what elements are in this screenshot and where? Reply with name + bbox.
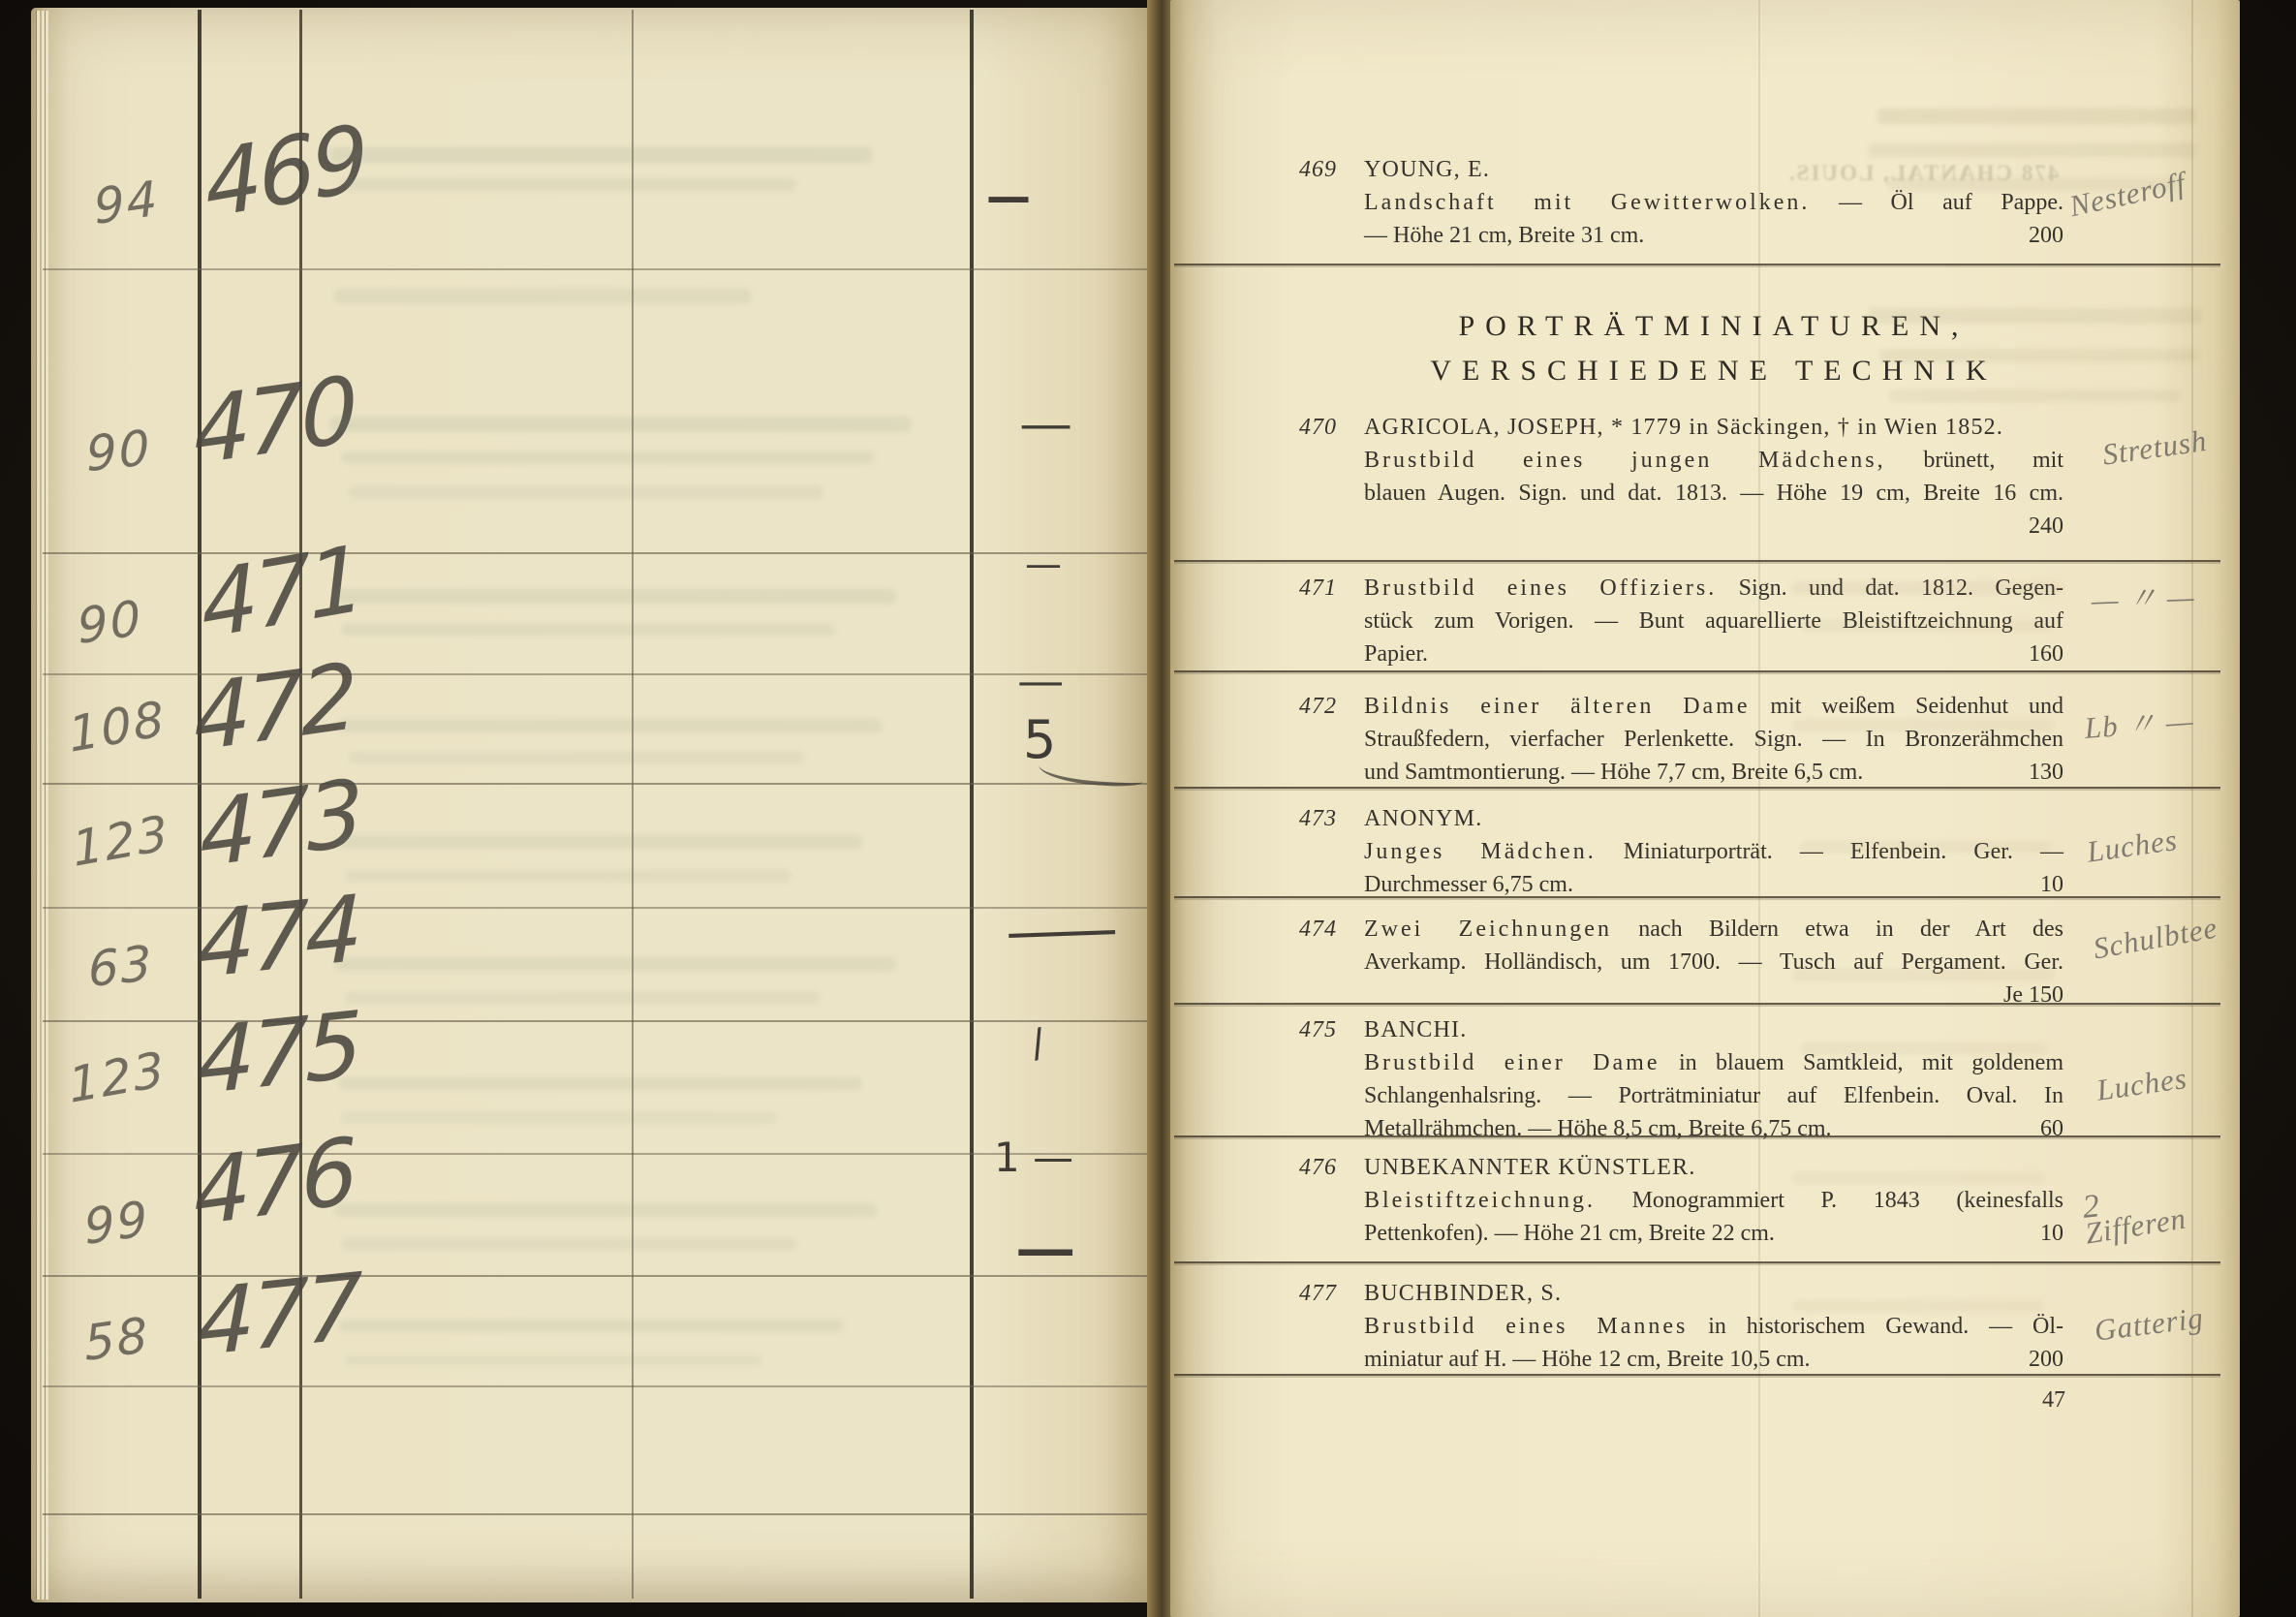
margin-annotation: — 〃 — (2091, 572, 2195, 619)
ghost-smudge (1800, 1042, 2047, 1054)
catalog-entry: 470AGRICOLA, JOSEPH, * 1779 in Säckingen… (1364, 411, 2063, 543)
lot-number: 477 (198, 1254, 359, 1377)
ghost-smudge (1887, 178, 2178, 191)
entry-text: blauen Augen. Sign. und dat. 1813. — Höh… (1364, 481, 2063, 506)
entry-text-line: Metallrähmchen. — Höhe 8,5 cm, Breite 6,… (1364, 1112, 2063, 1145)
ghost-smudge (339, 719, 882, 732)
tally-mark: — (1017, 657, 1064, 706)
entry-text-line: Zwei Zeichnungen nach Bildern etwa in de… (1364, 913, 2063, 946)
entry-price-line: 240 (1364, 510, 2063, 543)
ghost-smudge (349, 486, 823, 499)
stock-number: 58 (82, 1307, 151, 1372)
entry-text: miniatur auf H. — Höhe 12 cm, Breite 10,… (1364, 1347, 1811, 1372)
lot-number: 472 (192, 644, 357, 773)
ghost-smudge (341, 1238, 796, 1250)
lot-number: 474 (198, 876, 359, 999)
ghost-smudge (341, 1112, 777, 1124)
entry-price-line: Je 150 (1364, 979, 2063, 1011)
entry-text: — Öl auf Pappe. (1810, 190, 2063, 215)
entry-text-line: Papier.160 (1364, 637, 2063, 670)
ghost-smudge (1879, 349, 2199, 362)
ghost-smudge (1877, 109, 2197, 124)
ghost-smudge (345, 1354, 761, 1366)
entry-number: 476 (1267, 1151, 1337, 1184)
entry-price: 160 (2017, 637, 2063, 670)
entry-text: nach Bildern etwa in der Art des (1612, 917, 2063, 942)
ghost-smudge (329, 147, 872, 163)
catalog-entry: 476UNBEKANNTER KÜNSTLER.Bleistiftzeichnu… (1364, 1151, 2063, 1250)
entry-price: 200 (2017, 219, 2063, 252)
entry-price: 240 (2017, 513, 2063, 539)
ghost-smudge (334, 289, 751, 303)
stock-number: 94 (92, 171, 161, 235)
entry-text-line: Pettenkofen). — Höhe 21 cm, Breite 22 cm… (1364, 1217, 2063, 1250)
ghost-smudge (1792, 581, 2063, 595)
ghost-smudge (1792, 1172, 2044, 1184)
ledger-hline (43, 1385, 1147, 1387)
entry-text-line: Brustbild eines jungen Mädchens, brünett… (1364, 444, 2063, 477)
title-spaced-text: Brustbild einer Dame (1364, 1050, 1660, 1075)
catalog-entry: 472Bildnis einer älteren Dame mit weißem… (1364, 690, 2063, 789)
entry-text-line: miniatur auf H. — Höhe 12 cm, Breite 10,… (1364, 1343, 2063, 1376)
ghost-smudge (339, 1077, 862, 1090)
artist-name: ANONYM. (1364, 802, 2063, 835)
lot-number: 473 (198, 761, 362, 889)
title-spaced-text: Brustbild eines Offiziers. (1364, 575, 1717, 601)
ghost-smudge (339, 835, 862, 849)
entry-text: brünett, mit (1886, 448, 2063, 473)
tally-mark: — (1002, 895, 1122, 965)
auction-catalog-scan: PORTRÄTMINIATUREN, VERSCHIEDENE TECHNIK … (0, 0, 2296, 1617)
title-spaced-text: Brustbild eines Mannes (1364, 1314, 1688, 1339)
title-spaced-text: Zwei Zeichnungen (1364, 917, 1612, 942)
entry-text: und Samtmontierung. — Höhe 7,7 cm, Breit… (1364, 760, 1863, 785)
catalog-entry: 477BUCHBINDER, S.Brustbild eines Mannes … (1364, 1277, 2063, 1376)
ghost-smudge (334, 1203, 877, 1217)
entry-text: Metallrähmchen. — Höhe 8,5 cm, Breite 6,… (1364, 1116, 1832, 1141)
page-number: 47 (1899, 1387, 2065, 1414)
ghost-smudge (341, 178, 796, 191)
catalog-entry: 475BANCHI.Brustbild einer Dame in blauem… (1364, 1013, 2063, 1145)
entry-text-line: Durchmesser 6,75 cm.10 (1364, 868, 2063, 901)
entry-text: Papier. (1364, 641, 1428, 667)
tally-mark: — (986, 171, 1031, 223)
ghost-smudge (1792, 719, 2054, 731)
tally-mark: 1 — (994, 1134, 1073, 1181)
entry-text: in historischem Gewand. — Öl- (1688, 1314, 2063, 1339)
title-spaced-text: Brustbild eines jungen Mädchens, (1364, 448, 1886, 473)
ledger-hline (43, 268, 1147, 270)
entry-text: Pettenkofen). — Höhe 21 cm, Breite 22 cm… (1364, 1221, 1775, 1246)
entry-text-line: blauen Augen. Sign. und dat. 1813. — Höh… (1364, 477, 2063, 510)
ghost-smudge (1889, 389, 2180, 402)
ghost-smudge (334, 957, 896, 971)
catalog-entry: 474Zwei Zeichnungen nach Bildern etwa in… (1364, 913, 2063, 1011)
entry-text: mit weißem Seidenhut und (1751, 694, 2063, 719)
entry-number: 470 (1267, 411, 1337, 444)
tally-mark: — (1025, 543, 1062, 585)
entry-divider-rule (1174, 1261, 2220, 1263)
entry-text: Monogrammiert P. 1843 (keinesfalls (1596, 1188, 2063, 1213)
entry-number: 471 (1267, 572, 1337, 605)
ledger-vline (970, 10, 974, 1599)
artist-name: BANCHI. (1364, 1013, 2063, 1046)
ghost-smudge (1800, 620, 2052, 632)
ghost-smudge (341, 624, 835, 636)
ghost-smudge (1868, 143, 2197, 157)
ledger-hline (43, 1513, 1147, 1515)
entry-text-line: Bildnis einer älteren Dame mit weißem Se… (1364, 690, 2063, 723)
entry-text-line: Bleistiftzeichnung. Monogrammiert P. 184… (1364, 1184, 2063, 1217)
ghost-smudge (1792, 1300, 2044, 1312)
title-spaced-text: Bleistiftzeichnung. (1364, 1188, 1596, 1213)
ghost-smudge (339, 1320, 843, 1332)
stock-number: 63 (87, 935, 154, 998)
lot-number: 476 (192, 1119, 357, 1248)
entry-number: 469 (1267, 153, 1337, 186)
entry-text-line: Schlangenhalsring. — Porträtminiatur auf… (1364, 1079, 2063, 1112)
entry-price: 60 (2029, 1112, 2063, 1145)
entry-price: 200 (2017, 1343, 2063, 1376)
ghost-smudge (345, 870, 791, 882)
ghost-smudge (334, 589, 896, 604)
entry-text: Schlangenhalsring. — Porträtminiatur auf… (1364, 1083, 2063, 1108)
ghost-smudge (329, 417, 911, 432)
margin-annotation: Lb 〃 — (2083, 696, 2195, 747)
title-spaced-text: Landschaft mit Gewitterwolken. (1364, 190, 1810, 215)
artist-name: AGRICOLA, JOSEPH, * 1779 in Säckingen, †… (1364, 411, 2063, 444)
ghost-smudge (1792, 969, 2054, 981)
ghost-smudge (1800, 841, 2052, 853)
entry-number: 474 (1267, 913, 1337, 946)
margin-annotation-digit: 2 (2081, 1188, 2102, 1227)
entry-price: 130 (2017, 756, 2063, 789)
entry-price: Je 150 (1992, 982, 2063, 1008)
ghost-smudge (349, 752, 804, 763)
entry-number: 472 (1267, 690, 1337, 723)
entry-divider-rule (1174, 560, 2220, 562)
tally-mark: — (1019, 397, 1072, 451)
entry-text-line: — Höhe 21 cm, Breite 31 cm.200 (1364, 219, 2063, 252)
lot-number: 475 (198, 992, 359, 1115)
stock-number: 99 (82, 1191, 151, 1256)
entry-text: Durchmesser 6,75 cm. (1364, 872, 1573, 897)
title-spaced-text: Bildnis einer älteren Dame (1364, 694, 1751, 719)
entry-text-line: Landschaft mit Gewitterwolken. — Öl auf … (1364, 186, 2063, 219)
entry-text-line: Brustbild eines Mannes in historischem G… (1364, 1310, 2063, 1343)
title-spaced-text: Junges Mädchen. (1364, 839, 1597, 864)
entry-number: 473 (1267, 802, 1337, 835)
page-crease (2191, 0, 2193, 1617)
ghost-smudge (341, 451, 874, 464)
ghost-smudge (345, 992, 820, 1004)
entry-price: 10 (2029, 868, 2063, 901)
entry-text-line: und Samtmontierung. — Höhe 7,7 cm, Breit… (1364, 756, 2063, 789)
entry-divider-rule (1174, 670, 2220, 672)
catalog-entry: 469YOUNG, E.Landschaft mit Gewitterwolke… (1364, 153, 2063, 252)
entry-text: — Höhe 21 cm, Breite 31 cm. (1364, 223, 1644, 248)
ghost-smudge (1868, 308, 2202, 324)
stock-number: 90 (85, 420, 152, 482)
tally-mark: — (1015, 1221, 1075, 1279)
entry-number: 475 (1267, 1013, 1337, 1046)
stock-number: 90 (76, 590, 144, 655)
entry-number: 477 (1267, 1277, 1337, 1310)
entry-price: 10 (2029, 1217, 2063, 1250)
entry-divider-rule (1174, 264, 2220, 265)
